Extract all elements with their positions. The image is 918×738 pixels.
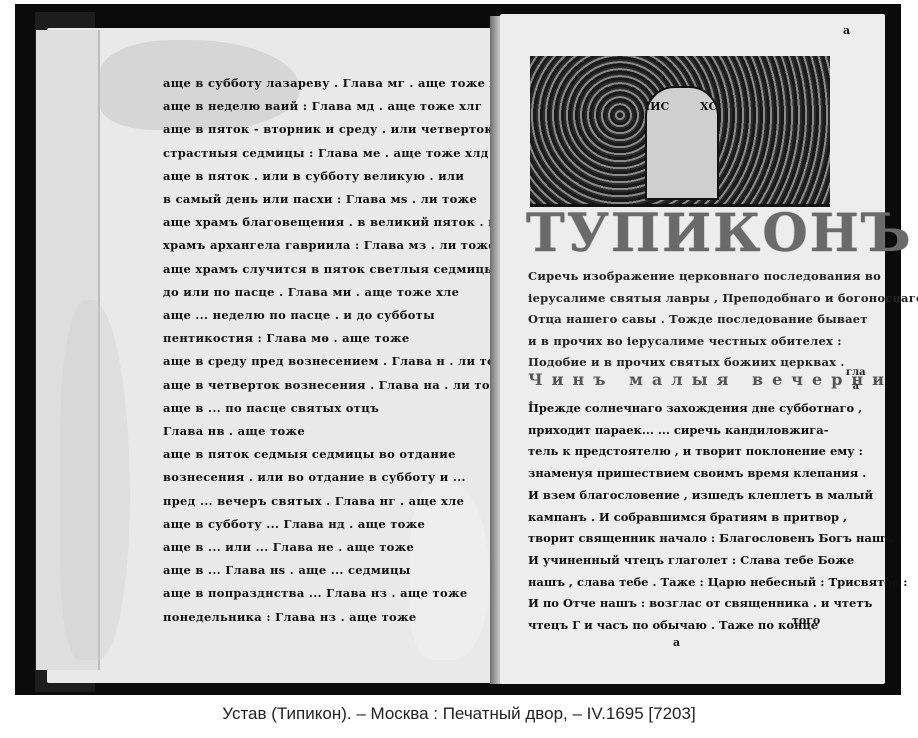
text-line: аще в пяток - вторник и среду . или четв… — [163, 118, 515, 141]
text-line: аще храмъ благовещения . в великий пяток… — [163, 211, 515, 234]
text-line: іерусалиме святыя лавры , Преподобнаго и… — [528, 288, 918, 310]
text-line: аще в среду пред вознесением . Глава н .… — [163, 350, 515, 373]
text-line: пентикостия : Глава мѳ . аще тоже — [163, 327, 515, 350]
icon-label-left: ІИС — [645, 100, 669, 113]
text-line: аще в ... по пасце святых отцъ — [163, 397, 515, 420]
text-line: аще в субботу ... Глава нд . аще тоже — [163, 513, 515, 536]
book-title: ТУПИКОНЪ — [526, 205, 836, 263]
text-line: Глава нв . аще тоже — [163, 420, 515, 443]
body-text: Прежде солнечнаго захождения дне субботн… — [528, 398, 908, 637]
text-line: аще храмъ случится в пяток светлыя седми… — [163, 258, 515, 281]
margin-note-line: гла — [846, 366, 866, 380]
text-line: аще в неделю ваий : Глава мд . аще тоже … — [163, 95, 515, 118]
text-line: знаменуя пришествием своимъ время клепан… — [528, 463, 908, 485]
text-line: аще ... неделю по пасце . и до субботы — [163, 304, 515, 327]
left-page-text: аще в субботу лазареву . Глава мг . аще … — [163, 72, 515, 629]
margin-note-line: а — [846, 380, 866, 394]
text-line: аще в пяток седмыя седмицы во отдание — [163, 443, 515, 466]
page-signature: а — [843, 24, 850, 37]
text-line: аще в ... или ... Глава не . аще тоже — [163, 536, 515, 559]
text-line: аще в ... Глава нѕ . аще ... седмицы — [163, 559, 515, 582]
text-line: И по Отче нашъ : возглас от священника .… — [528, 593, 908, 615]
catchword: того — [792, 614, 820, 627]
text-line: пред ... вечеръ святых . Глава нг . аще … — [163, 490, 515, 513]
text-line: Сиречь изображение церковнаго последован… — [528, 266, 918, 288]
icon-label-right: ХС — [700, 100, 717, 113]
text-line: Прежде солнечнаго захождения дне субботн… — [528, 398, 908, 420]
intro-text: Сиречь изображение церковнаго последован… — [528, 266, 918, 374]
text-line: творит священник начало : Благословенъ Б… — [528, 528, 908, 550]
text-line: страстныя седмицы : Глава ме . аще тоже … — [163, 142, 515, 165]
text-line: аще в попразднства ... Глава нз . аще то… — [163, 582, 515, 605]
text-line: в самый день или пасхи : Глава мѕ . ли т… — [163, 188, 515, 211]
text-line: аще в четверток вознесения . Глава на . … — [163, 374, 515, 397]
text-line: до или по пасце . Глава ми . аще тоже хл… — [163, 281, 515, 304]
text-line: и в прочих во іерусалиме честных обителе… — [528, 331, 918, 353]
text-line: понедельника : Глава нз . аще тоже — [163, 606, 515, 629]
text-line: аще в пяток . или в субботу великую . ил… — [163, 165, 515, 188]
text-line: И учиненный чтецъ глаголет : Слава тебе … — [528, 550, 908, 572]
image-caption: Устав (Типикон). – Москва : Печатный дво… — [0, 704, 918, 724]
text-line: аще в субботу лазареву . Глава мг . аще … — [163, 72, 515, 95]
text-line: нашъ , слава тебе . Таже : Царю небесный… — [528, 572, 908, 594]
text-line: тель к предстоятелю , и творит поклонени… — [528, 441, 908, 463]
footer-signature: а — [673, 636, 680, 649]
text-line: приходит параек... ... сиречь кандиловжи… — [528, 420, 908, 442]
text-line: кампанъ . И собравшимся братиям в притво… — [528, 507, 908, 529]
text-line: храмъ архангела гавриила : Глава мз . ли… — [163, 234, 515, 257]
text-line: вознесения . или во отдание в субботу и … — [163, 466, 515, 489]
text-line: Отца нашего савы . Тожде последование бы… — [528, 309, 918, 331]
margin-note: гла а — [846, 366, 866, 394]
text-line: чтецъ Г и часъ по обычаю . Таже по конце — [528, 615, 908, 637]
text-line: И взем благословение , изшедъ клеплетъ в… — [528, 485, 908, 507]
